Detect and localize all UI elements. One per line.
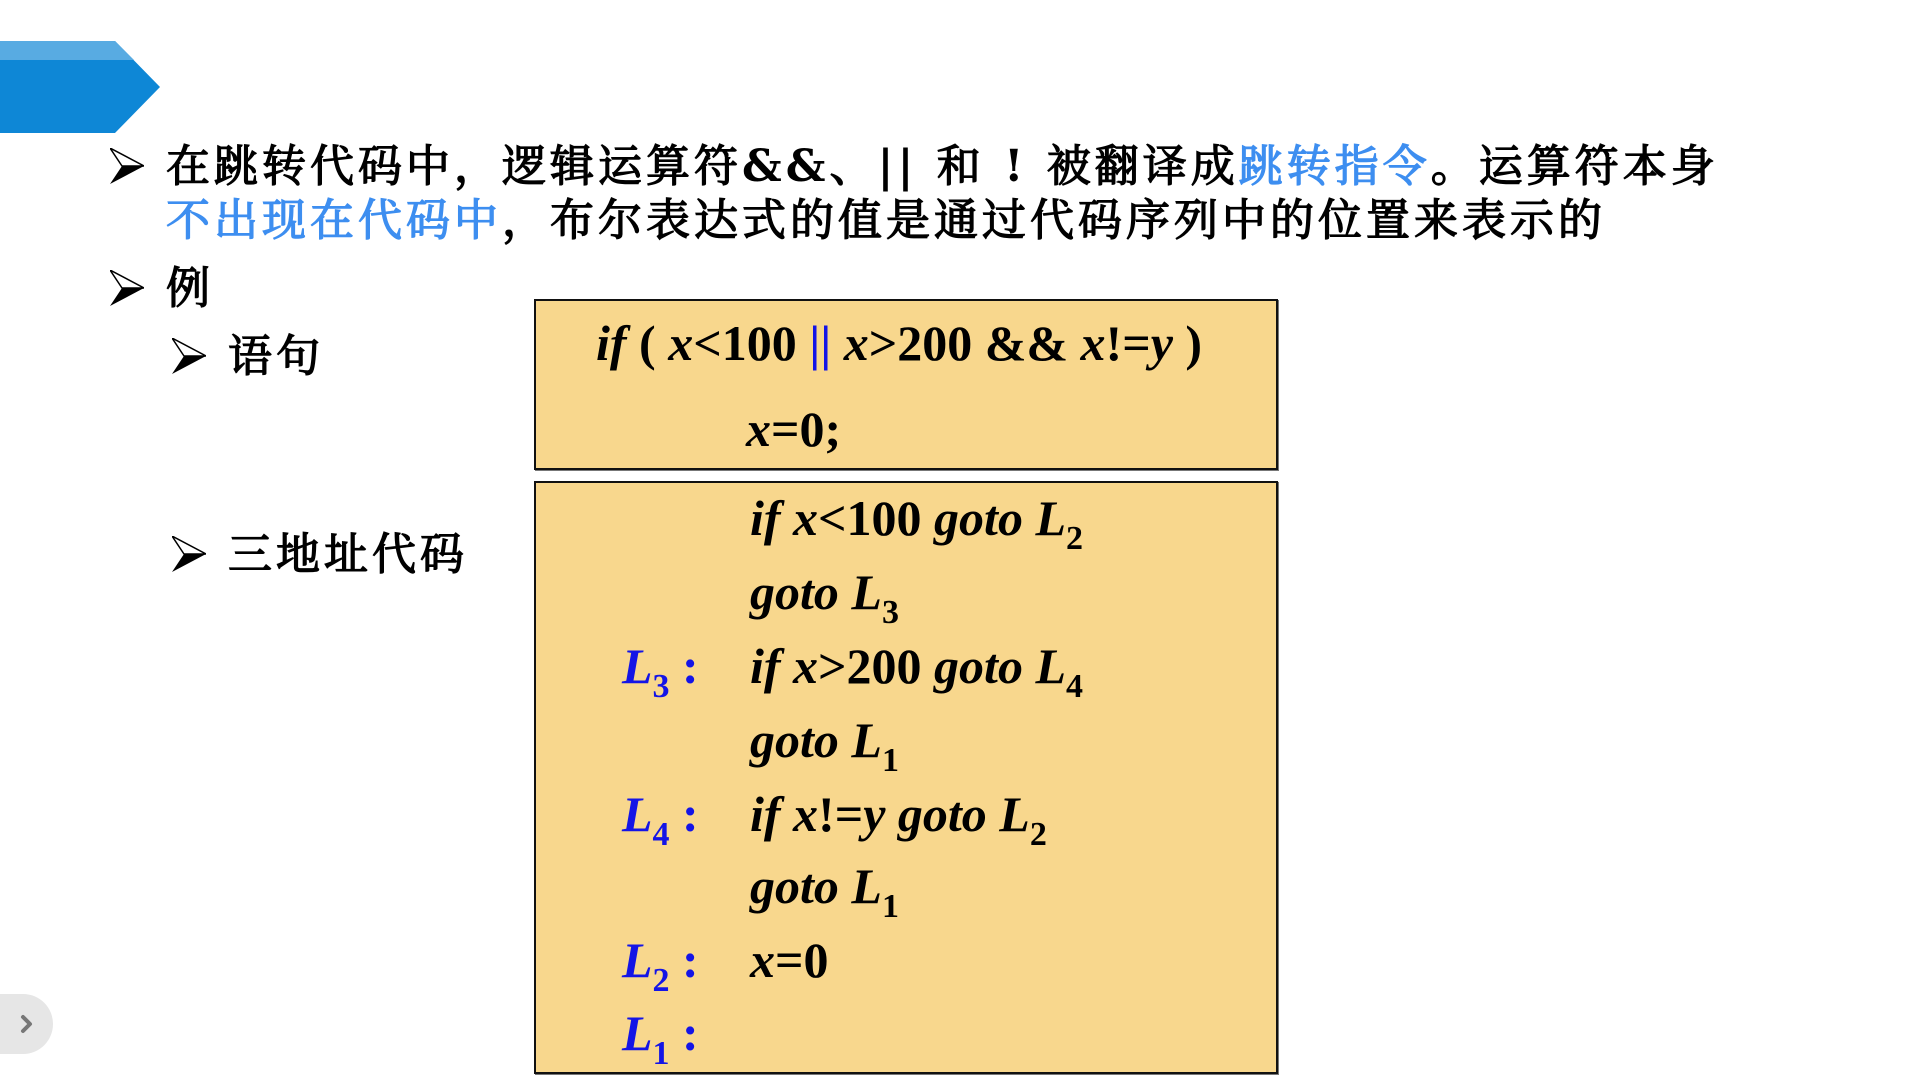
tac-label: L3 : xyxy=(622,636,699,717)
label-name: L xyxy=(622,786,653,842)
bullet-arrow-icon xyxy=(110,148,144,184)
statement-line-2: x=0; xyxy=(746,399,841,459)
tac-line: if x>200 goto L4 xyxy=(750,636,1083,717)
assignment: =0; xyxy=(771,401,841,457)
bullet-arrow-icon xyxy=(110,270,144,306)
operator-or: || xyxy=(809,315,831,371)
bullet-line-1: 在跳转代码中，逻辑运算符&&、|| 和 ! 被翻译成跳转指令。运算符本身 xyxy=(166,140,1719,194)
tac-line: goto L1 xyxy=(750,856,899,937)
tac-label: L4 : xyxy=(622,784,699,865)
comparison: <100 xyxy=(693,315,797,371)
tac-label: L2 : xyxy=(622,930,699,1011)
label-subscript: 3 xyxy=(653,668,670,705)
paren-close: ) xyxy=(1185,315,1202,371)
sub-bullet-label: 语句 xyxy=(228,330,324,384)
label-subscript: 3 xyxy=(882,594,899,631)
tac-line: if x<100 goto L2 xyxy=(750,488,1083,569)
tac-line: goto L3 xyxy=(750,562,899,643)
text-segment: ，布尔表达式的值是通过代码序列中的位置来表示的 xyxy=(502,195,1606,246)
label-subscript: 1 xyxy=(653,1035,670,1072)
label-subscript: 4 xyxy=(1066,668,1083,705)
comparison: >200 xyxy=(869,315,973,371)
var-x: x xyxy=(668,315,693,371)
bullet-example: 例 xyxy=(110,262,214,316)
var-x: x xyxy=(1081,315,1106,371)
operator-neq: != xyxy=(1106,315,1151,371)
sub-bullet-label: 三地址代码 xyxy=(228,528,468,582)
title-banner-arrow xyxy=(0,41,160,133)
label-subscript: 2 xyxy=(653,962,670,999)
tac-line: xx=0=0 xyxy=(750,930,829,990)
next-slide-button[interactable] xyxy=(0,994,53,1054)
label-colon: : xyxy=(682,638,699,694)
label-name: L xyxy=(622,932,653,988)
label-subscript: 4 xyxy=(653,816,670,853)
keyword-if: if xyxy=(596,315,627,371)
bullet-label: 例 xyxy=(166,262,214,316)
bullet-arrow-icon xyxy=(172,338,206,374)
sub-bullet-statement: 语句 xyxy=(172,330,324,384)
label-name: L xyxy=(622,1005,653,1061)
bullet-arrow-icon xyxy=(172,536,206,572)
tac-line: goto L1 xyxy=(750,710,899,791)
label-subscript: 2 xyxy=(1066,520,1083,557)
highlight-not-in-code: 不出现在代码中 xyxy=(166,195,502,246)
text-segment: 。运算符本身 xyxy=(1431,141,1719,192)
label-subscript: 1 xyxy=(882,742,899,779)
label-name: L xyxy=(622,638,653,694)
operator-and: && xyxy=(985,315,1068,371)
var-x: x xyxy=(746,401,771,457)
label-colon: : xyxy=(682,932,699,988)
bullet-jumping-code: 在跳转代码中，逻辑运算符&&、|| 和 ! 被翻译成跳转指令。运算符本身 不出现… xyxy=(110,140,1719,248)
statement-line-1: if ( x<100 || x>200 && x!=y ) xyxy=(596,313,1202,373)
var-x: x xyxy=(844,315,869,371)
tac-line: if x!=y goto L2 xyxy=(750,784,1047,865)
label-colon: : xyxy=(682,1005,699,1061)
three-address-code-box: if x<100 goto L2 goto L3 L3 : if x>200 g… xyxy=(534,481,1278,1074)
highlight-jump-instructions: 跳转指令 xyxy=(1239,141,1431,192)
tac-label: L1 : xyxy=(622,1003,699,1080)
label-subscript: 2 xyxy=(1030,816,1047,853)
statement-code-box: if ( x<100 || x>200 && x!=y ) x=0; xyxy=(534,299,1278,470)
bullet-line-2: 不出现在代码中，布尔表达式的值是通过代码序列中的位置来表示的 xyxy=(166,194,1719,248)
text-segment: 在跳转代码中，逻辑运算符&&、|| 和 ! 被翻译成 xyxy=(166,141,1239,192)
chevron-right-icon xyxy=(19,1014,35,1034)
sub-bullet-three-address-code: 三地址代码 xyxy=(172,528,468,582)
paren-open: ( xyxy=(639,315,656,371)
label-colon: : xyxy=(682,786,699,842)
bullet-text: 在跳转代码中，逻辑运算符&&、|| 和 ! 被翻译成跳转指令。运算符本身 不出现… xyxy=(166,140,1719,248)
var-y: y xyxy=(1151,315,1173,371)
label-subscript: 1 xyxy=(882,888,899,925)
